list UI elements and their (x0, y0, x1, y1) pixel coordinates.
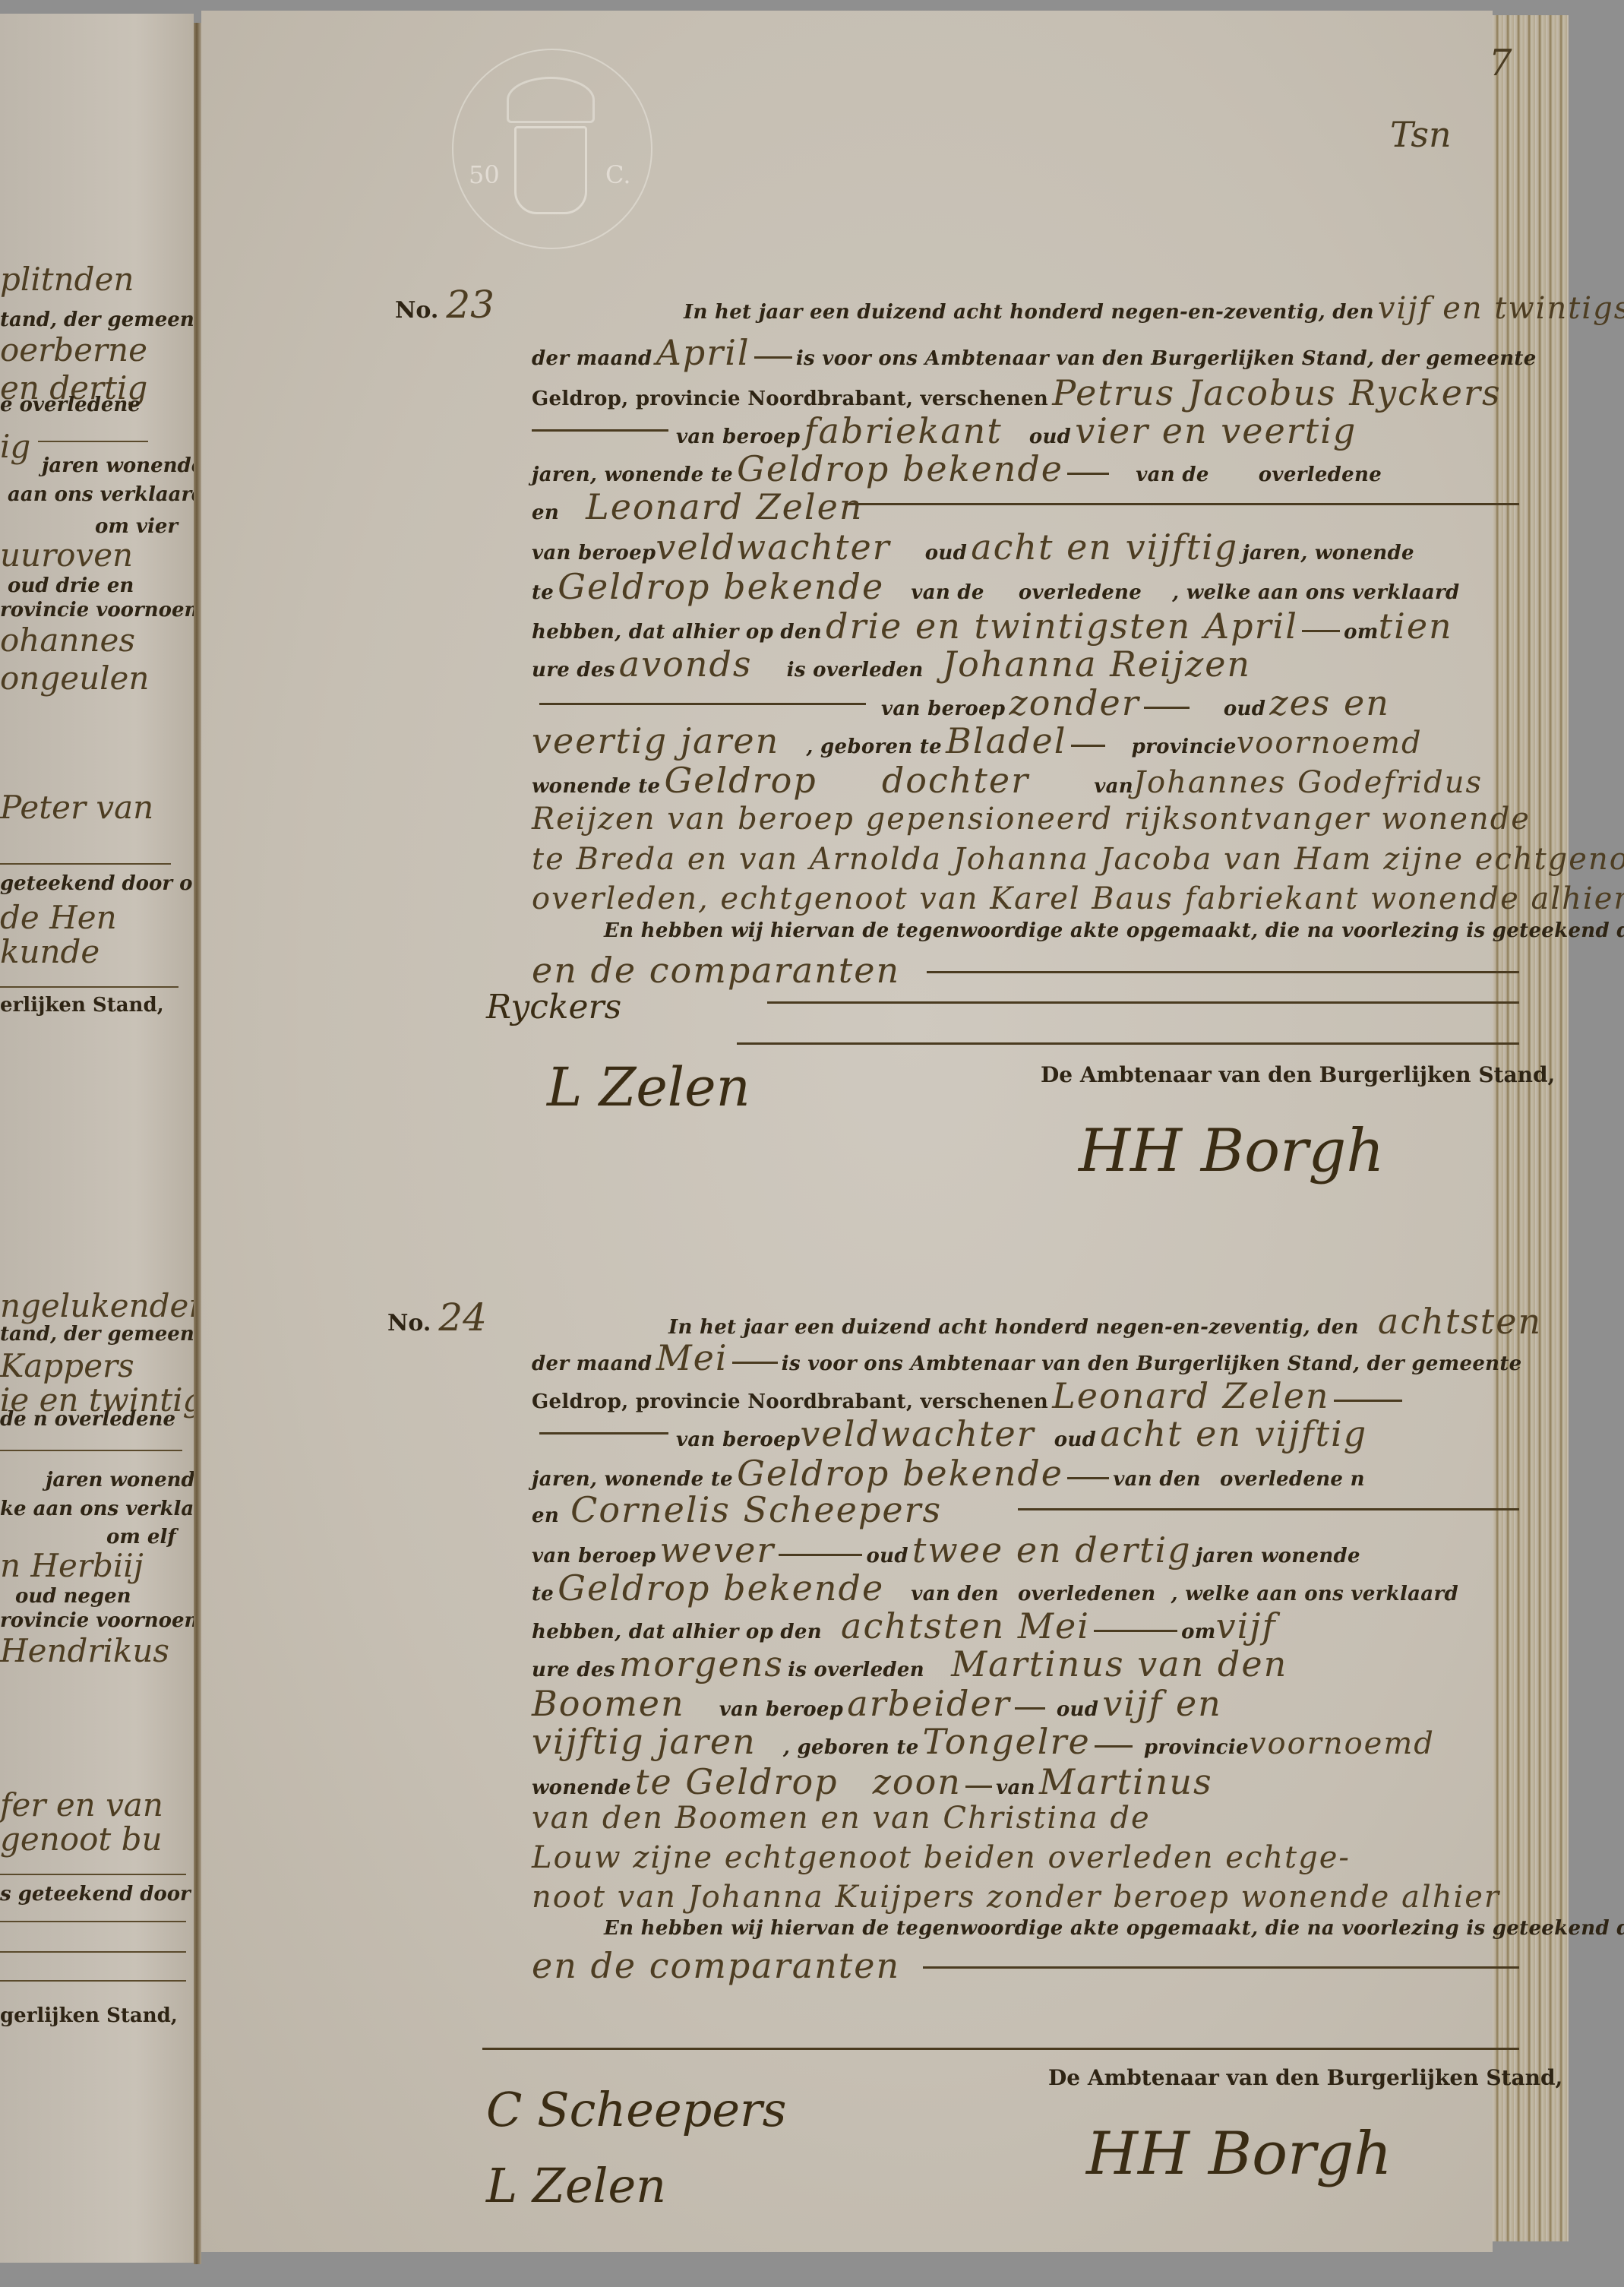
signature-declarant-1: C Scheepers (486, 2082, 787, 2137)
closing-formula: En hebben wij hiervan de tegenwoordige a… (604, 1917, 1624, 1940)
left-hand-text: genoot bu (0, 1820, 163, 1858)
signature-declarant-2: L Zelen (547, 1056, 750, 1118)
printed-text: In het jaar een duizend acht honderd neg… (684, 301, 1374, 324)
left-hand-text: ongeulen (0, 660, 149, 697)
handwritten-spouse: noot van Johanna Kuijpers zonder beroep … (532, 1880, 1500, 1915)
handwritten-age: vier en veertig (1075, 410, 1357, 451)
signature-official: HH Borgh (1079, 1117, 1385, 1185)
handwritten-date: vijf en twintigsten (1378, 291, 1624, 326)
signature-declarant-1: Ryckers (486, 988, 621, 1026)
lion-shield-icon (514, 126, 587, 214)
left-print-text: gerlijken Stand, (0, 2004, 178, 2027)
handwritten-death-date: achtsten Mei (841, 1605, 1090, 1646)
handwritten-month: April (656, 332, 750, 373)
left-print-text: aan ons verklaard (8, 483, 194, 506)
handwritten-occupation: fabriekant (804, 410, 1003, 451)
left-hand-text: Hendrikus (0, 1632, 169, 1669)
left-hand-text: fer en van (0, 1786, 163, 1824)
official-title: De Ambtenaar van den Burgerlijken Stand, (1041, 1062, 1555, 1087)
left-hand-text: uuroven (0, 536, 133, 574)
handwritten-parents: van den Boomen en van Christina de (532, 1801, 1151, 1836)
left-hand-text: ohannes (0, 622, 135, 659)
left-print-text: ke aan ons verklaard (0, 1498, 194, 1520)
signature-official: HH Borgh (1086, 2120, 1392, 2188)
left-print-text: erlijken Stand, (0, 994, 164, 1017)
left-print-text: jaren wonende (46, 1469, 194, 1491)
record-number: No.24 (387, 1295, 487, 1340)
left-hand-text: de Hen (0, 899, 117, 936)
left-print-text: tand, der gemeente (0, 308, 194, 331)
handwritten-spouse: overleden, echtgenoot van Karel Baus fab… (532, 881, 1624, 916)
left-hand-text: n Herbiij (0, 1547, 144, 1584)
handwritten-residence: Geldrop bekende (737, 448, 1063, 489)
official-title: De Ambtenaar van den Burgerlijken Stand, (1048, 2065, 1562, 2090)
handwritten-date: achtsten (1378, 1301, 1542, 1342)
record-number: No.23 (395, 283, 494, 327)
left-hand-text: oerberne (0, 331, 147, 369)
left-print-text: de n overledene (0, 1408, 175, 1431)
left-page-fragment: plitnden tand, der gemeente oerberne en … (0, 14, 194, 2263)
left-hand-text: Kappers (0, 1347, 134, 1384)
left-print-text: geteekend door ons (0, 872, 194, 895)
left-print-text: om vier (95, 515, 178, 538)
left-hand-text: plitnden (0, 261, 134, 298)
signature-declarant-2: L Zelen (486, 2158, 666, 2213)
left-hand-text: ngelukenden (0, 1287, 194, 1324)
handwritten-declarant-2: Cornelis Scheepers (570, 1489, 942, 1530)
folio-mark: Tsn (1390, 114, 1452, 155)
handwritten-declarant-2: Leonard Zelen (586, 486, 863, 527)
book-gutter (194, 23, 201, 2264)
left-print-text: jaren wonende (42, 454, 194, 477)
handwritten-declarant-1: Leonard Zelen (1052, 1375, 1329, 1416)
left-print-text: s geteekend door ons (0, 1883, 194, 1906)
handwritten-deceased-name: Martinus van den (951, 1643, 1288, 1684)
handwritten-declarant-1: Petrus Jacobus Ryckers (1052, 372, 1501, 413)
left-hand-text: Peter van (0, 789, 153, 826)
handwritten-parents: Reijzen van beroep gepensioneerd rijkson… (532, 802, 1531, 837)
left-hand-text: ig (0, 428, 30, 465)
left-print-text: oud drie en (8, 574, 134, 597)
left-print-text: om elf (106, 1526, 176, 1548)
handwritten-month: Mei (656, 1337, 728, 1378)
left-print-text: rovincie voornoem (0, 599, 194, 622)
left-print-text: tand, der gemeente (0, 1323, 194, 1346)
folio-number: 7 (1489, 42, 1512, 84)
handwritten-deceased-name: Johanna Reijzen (943, 644, 1251, 685)
handwritten-death-date: drie en twintigsten April (826, 606, 1298, 647)
left-print-text: rovincie voornoem (0, 1609, 194, 1632)
left-print-text: e overledene (0, 394, 141, 416)
embossed-stamp-icon: 50 C. (452, 49, 652, 249)
crown-icon (507, 77, 595, 123)
left-hand-text: kunde (0, 933, 100, 970)
left-print-text: oud negen (15, 1585, 131, 1608)
closing-formula: En hebben wij hiervan de tegenwoordige a… (604, 919, 1624, 942)
